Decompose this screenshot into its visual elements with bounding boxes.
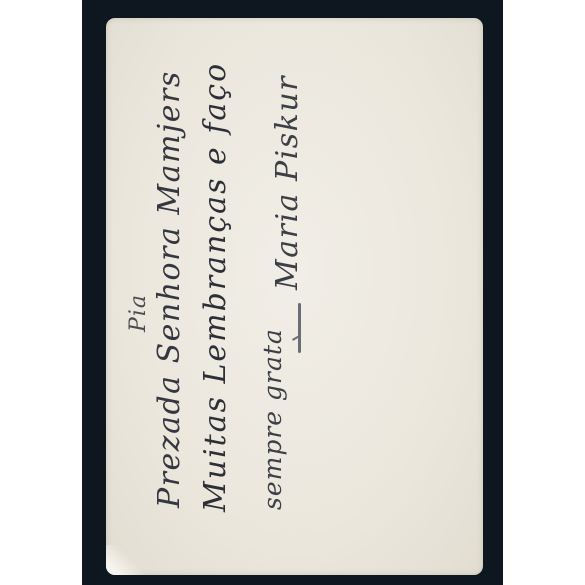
inscription-line-2: Prezada Senhora Mamjers [152, 70, 187, 508]
signature: Maria Piskur [270, 75, 305, 290]
inscription-line-1: Pia [126, 294, 151, 332]
inscription-line-4: sempre grata [258, 328, 287, 510]
pencil-mark [298, 303, 301, 353]
inscription-line-3: Muitas Lembranças e faço [198, 62, 233, 512]
